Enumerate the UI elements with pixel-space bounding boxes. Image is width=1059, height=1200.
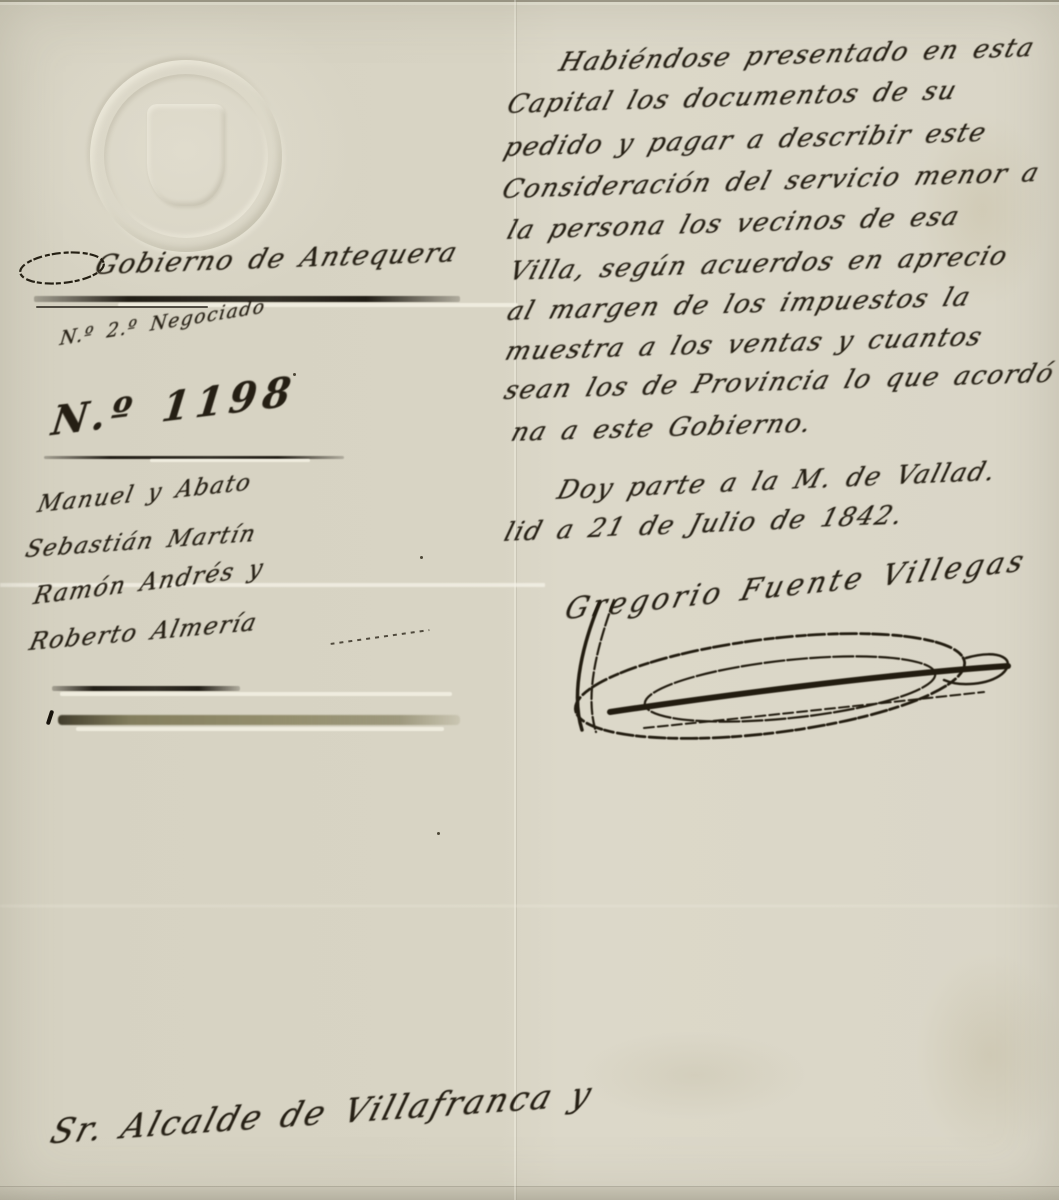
body-line: na a este Gobierno.: [508, 408, 817, 448]
body-line: Habiéndose presentado en esta: [556, 33, 1039, 78]
paper-stain: [915, 950, 1059, 1160]
paper-crease-horizontal-faint: [0, 905, 1059, 907]
signature-rubric-icon: [552, 600, 1022, 750]
name-line: Roberto Almería: [27, 608, 261, 657]
flourish-stroke-dark: [52, 686, 240, 691]
name-line: Manuel y Abato: [35, 469, 254, 518]
file-number: N.º 1198: [49, 367, 299, 445]
ink-speck: [293, 373, 296, 376]
seal-shield-icon: [147, 104, 225, 206]
scan-bottom-edge: [0, 1187, 1059, 1200]
paper-stain: [580, 1030, 810, 1120]
flourish-stroke-olive: [58, 715, 460, 725]
closing-line: Doy parte a la M. de Vallad.: [554, 457, 1000, 507]
ink-speck: [437, 832, 440, 835]
flourish-stroke-olive-glint: [76, 727, 444, 731]
body-line: Villa, según acuerdos en aprecio: [506, 241, 1012, 287]
body-line: Capital los documentos de su: [504, 76, 962, 120]
body-line: sean los de Provincia lo que acordó: [501, 359, 1059, 407]
flourish-hook: [46, 710, 54, 726]
file-number-underline-glint: [150, 459, 310, 462]
body-line: pedido y pagar a describir este: [501, 118, 991, 163]
body-line: la persona los vecinos de esa: [504, 202, 964, 246]
embossed-seal-icon: [90, 60, 282, 252]
closing-line: lid a 21 de Julio de 1842.: [501, 500, 907, 548]
name-line: Sebastián Martín: [23, 521, 260, 564]
flourish-stroke-glint: [60, 692, 452, 696]
ink-speck: [420, 556, 423, 559]
name-trailing-flourish: [330, 629, 429, 645]
scanned-letter-page: Gobierno de Antequera N.º 2.º Negociado …: [0, 0, 1059, 1200]
scan-top-edge-highlight: [0, 2, 1059, 5]
name-line: Ramón Andrés y: [31, 553, 266, 610]
body-line: muestra a los ventas y cuantos: [502, 322, 987, 367]
body-line: al margen de los impuestos la: [504, 282, 975, 327]
body-line: Consideración del servicio menor a: [499, 158, 1044, 205]
